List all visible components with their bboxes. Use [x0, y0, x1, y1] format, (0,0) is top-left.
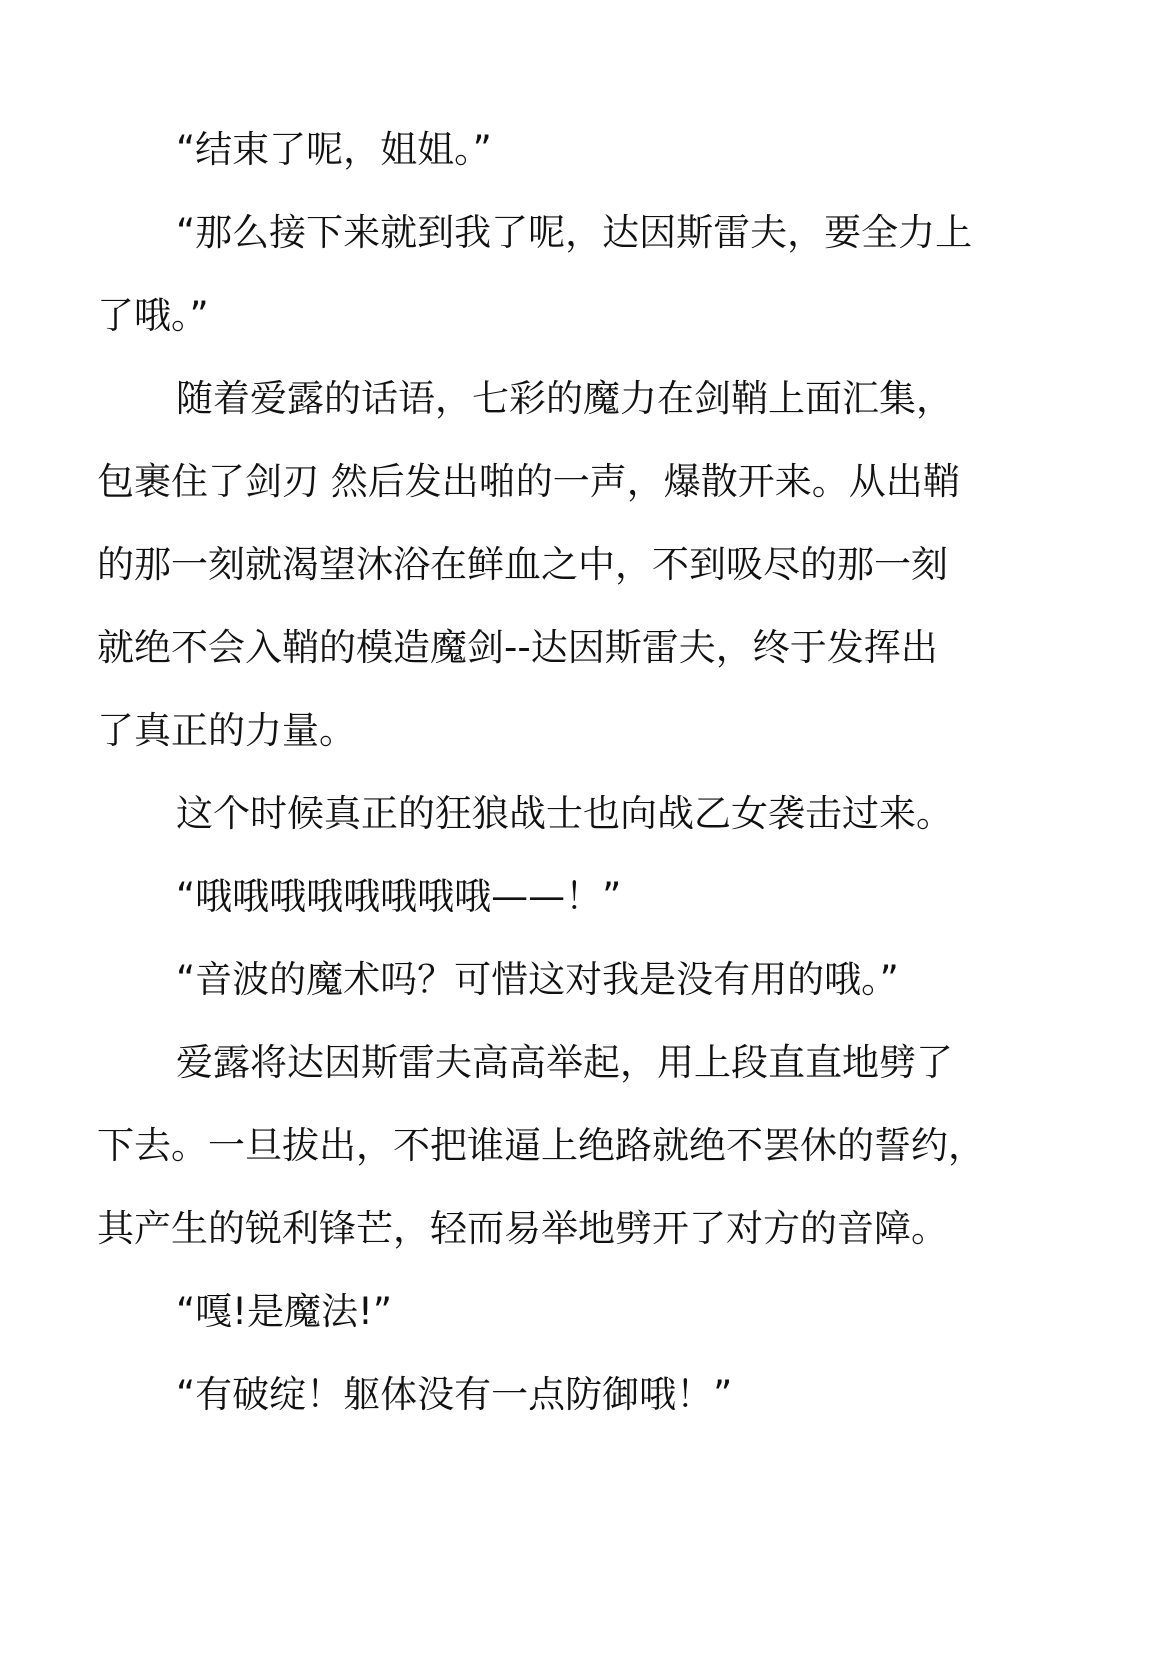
- text-line: 其产生的锐利锋芒，轻而易举地劈开了对方的音障。: [97, 1187, 1017, 1270]
- text-line: 的那一刻就渴望沐浴在鲜血之中，不到吸尽的那一刻: [97, 523, 1017, 606]
- text-line: “嘎!是魔法!”: [97, 1270, 1017, 1353]
- paragraph: “哦哦哦哦哦哦哦哦——！”: [97, 855, 1017, 938]
- text-line: 了真正的力量。: [97, 689, 1017, 772]
- text-line: “音波的魔术吗？可惜这对我是没有用的哦。”: [97, 938, 1017, 1021]
- text-line: “有破绽！躯体没有一点防御哦！”: [97, 1353, 1017, 1436]
- text-line: 下去。一旦拔出，不把谁逼上绝路就绝不罢休的誓约，: [97, 1104, 1017, 1187]
- paragraph: “音波的魔术吗？可惜这对我是没有用的哦。”: [97, 938, 1017, 1021]
- paragraph: 这个时候真正的狂狼战士也向战乙女袭击过来。: [97, 772, 1017, 855]
- paragraph: “那么接下来就到我了呢，达因斯雷夫，要全力上 了哦。”: [97, 191, 1017, 357]
- text-line: 包裹住了剑刃 然后发出啪的一声，爆散开来。从出鞘: [97, 440, 1017, 523]
- text-line: 随着爱露的话语，七彩的魔力在剑鞘上面汇集，: [97, 357, 1017, 440]
- text-line: 爱露将达因斯雷夫高高举起，用上段直直地劈了: [97, 1021, 1017, 1104]
- paragraph: “嘎!是魔法!”: [97, 1270, 1017, 1353]
- text-line: “那么接下来就到我了呢，达因斯雷夫，要全力上: [97, 191, 1017, 274]
- text-line: 这个时候真正的狂狼战士也向战乙女袭击过来。: [97, 772, 1017, 855]
- paragraph: “有破绽！躯体没有一点防御哦！”: [97, 1353, 1017, 1436]
- text-line: “哦哦哦哦哦哦哦哦——！”: [97, 855, 1017, 938]
- text-line: 了哦。”: [97, 274, 1017, 357]
- document-page: “结束了呢，姐姐。” “那么接下来就到我了呢，达因斯雷夫，要全力上 了哦。” 随…: [97, 108, 1017, 1436]
- paragraph: “结束了呢，姐姐。”: [97, 108, 1017, 191]
- paragraph: 随着爱露的话语，七彩的魔力在剑鞘上面汇集， 包裹住了剑刃 然后发出啪的一声，爆散…: [97, 357, 1017, 772]
- paragraph: 爱露将达因斯雷夫高高举起，用上段直直地劈了 下去。一旦拔出，不把谁逼上绝路就绝不…: [97, 1021, 1017, 1270]
- text-line: 就绝不会入鞘的模造魔剑--达因斯雷夫，终于发挥出: [97, 606, 1017, 689]
- text-line: “结束了呢，姐姐。”: [97, 108, 1017, 191]
